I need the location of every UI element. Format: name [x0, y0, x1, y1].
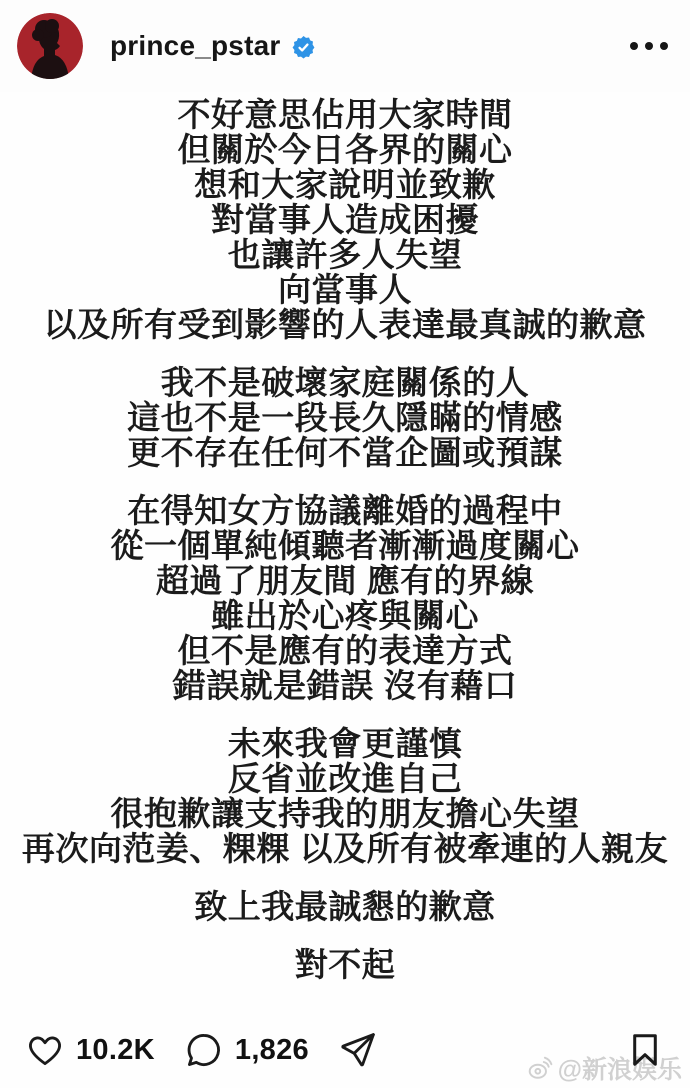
post-text-line: 也讓許多人失望 [0, 237, 690, 272]
post-text-line: 從一個單純傾聽者漸漸過度關心 [0, 528, 690, 563]
post-paragraph: 致上我最誠懇的歉意 [0, 889, 690, 924]
action-bar: 10.2K 1,826 [0, 1012, 690, 1088]
post-paragraph: 對不起 [0, 947, 690, 982]
post-text-line: 我不是破壞家庭關係的人 [0, 365, 690, 400]
post-text-line: 反省並改進自己 [0, 761, 690, 796]
avatar[interactable] [17, 13, 83, 79]
username-row[interactable]: prince_pstar [110, 30, 316, 62]
post-text: 不好意思佔用大家時間但關於今日各界的關心想和大家說明並致歉對當事人造成困擾也讓許… [0, 97, 690, 982]
post-text-line: 想和大家說明並致歉 [0, 167, 690, 202]
like-button[interactable]: 10.2K [26, 1031, 155, 1069]
bookmark-button[interactable] [626, 1031, 664, 1069]
post-text-line: 這也不是一段長久隱瞞的情感 [0, 400, 690, 435]
post-header: prince_pstar [0, 0, 690, 92]
post-text-line: 對不起 [0, 947, 690, 982]
post-text-line: 再次向范姜、粿粿 以及所有被牽連的人親友 [0, 831, 690, 866]
post-text-line: 未來我會更謹慎 [0, 726, 690, 761]
post-paragraph: 在得知女方協議離婚的過程中從一個單純傾聽者漸漸過度關心超過了朋友間 應有的界線雖… [0, 493, 690, 703]
post-text-line: 但不是應有的表達方式 [0, 633, 690, 668]
post-text-line: 雖出於心疼與關心 [0, 598, 690, 633]
heart-icon [26, 1031, 64, 1069]
post-text-line: 錯誤就是錯誤 沒有藉口 [0, 668, 690, 703]
username[interactable]: prince_pstar [110, 30, 280, 62]
share-button[interactable] [339, 1031, 377, 1069]
post-text-line: 更不存在任何不當企圖或預謀 [0, 435, 690, 470]
verified-badge-icon [291, 35, 316, 60]
post-text-line: 但關於今日各界的關心 [0, 132, 690, 167]
post-text-line: 很抱歉讓支持我的朋友擔心失望 [0, 796, 690, 831]
comment-button[interactable]: 1,826 [185, 1031, 309, 1069]
bookmark-icon [626, 1031, 664, 1069]
post-text-line: 向當事人 [0, 272, 690, 307]
post-text-line: 超過了朋友間 應有的界線 [0, 563, 690, 598]
share-icon [339, 1031, 377, 1069]
more-options-icon[interactable] [628, 36, 670, 56]
post-paragraph: 未來我會更謹慎反省並改進自己很抱歉讓支持我的朋友擔心失望再次向范姜、粿粿 以及所… [0, 726, 690, 866]
post-text-line: 以及所有受到影響的人表達最真誠的歉意 [0, 307, 690, 342]
post-text-line: 對當事人造成困擾 [0, 202, 690, 237]
post-paragraph: 不好意思佔用大家時間但關於今日各界的關心想和大家說明並致歉對當事人造成困擾也讓許… [0, 97, 690, 342]
instagram-post: prince_pstar 不好意思佔用大家時間但關於今日各界的關心想和大家說明並… [0, 0, 690, 1088]
comment-icon [185, 1031, 223, 1069]
post-text-line: 不好意思佔用大家時間 [0, 97, 690, 132]
comment-count: 1,826 [235, 1034, 309, 1067]
post-paragraph: 我不是破壞家庭關係的人這也不是一段長久隱瞞的情感更不存在任何不當企圖或預謀 [0, 365, 690, 470]
like-count: 10.2K [76, 1034, 155, 1067]
post-text-line: 在得知女方協議離婚的過程中 [0, 493, 690, 528]
post-text-line: 致上我最誠懇的歉意 [0, 889, 690, 924]
